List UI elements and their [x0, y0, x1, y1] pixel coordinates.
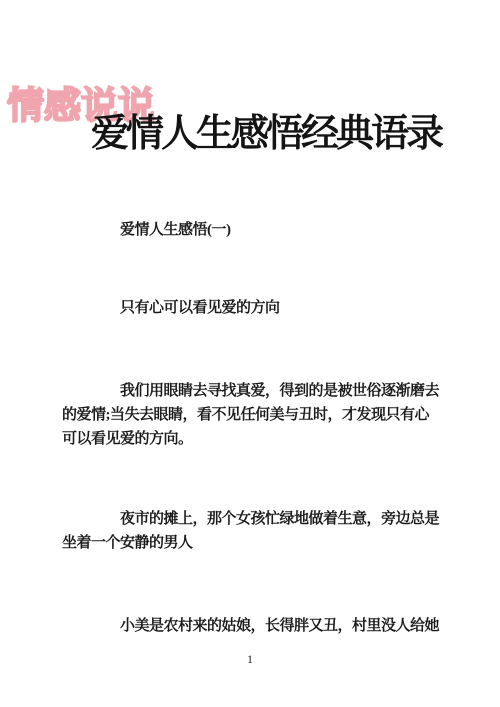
paragraph-line: 夜市的摊上，那个女孩忙绿地做着生意，旁边总是 — [62, 507, 442, 531]
section-heading: 爱情人生感悟(一) — [120, 220, 231, 240]
paragraph-line: 小美是农村来的姑娘，长得胖又丑，村里没人给她 — [62, 614, 442, 638]
paragraph-line: 我们用眼睛去寻找真爱，得到的是被世俗逐渐磨去 — [62, 379, 442, 403]
paragraph: 夜市的摊上，那个女孩忙绿地做着生意，旁边总是 坐着一个安静的男人 — [62, 507, 442, 555]
document-title: 爱情人生感悟经典语录 — [91, 115, 441, 155]
paragraph-line: 的爱情;当失去眼睛，看不见任何美与丑时，才发现只有心 — [62, 403, 442, 427]
section-subheading: 只有心可以看见爱的方向 — [120, 298, 280, 318]
paragraph-line: 可以看见爱的方向。 — [62, 427, 442, 451]
paragraph: 我们用眼睛去寻找真爱，得到的是被世俗逐渐磨去 的爱情;当失去眼睛，看不见任何美与… — [62, 379, 442, 451]
document-page: 情感说说 爱情人生感悟经典语录 爱情人生感悟(一) 只有心可以看见爱的方向 我们… — [0, 0, 500, 707]
paragraph-line: 坐着一个安静的男人 — [62, 531, 442, 555]
paragraph: 小美是农村来的姑娘，长得胖又丑，村里没人给她 — [62, 614, 442, 638]
page-number: 1 — [0, 652, 500, 666]
